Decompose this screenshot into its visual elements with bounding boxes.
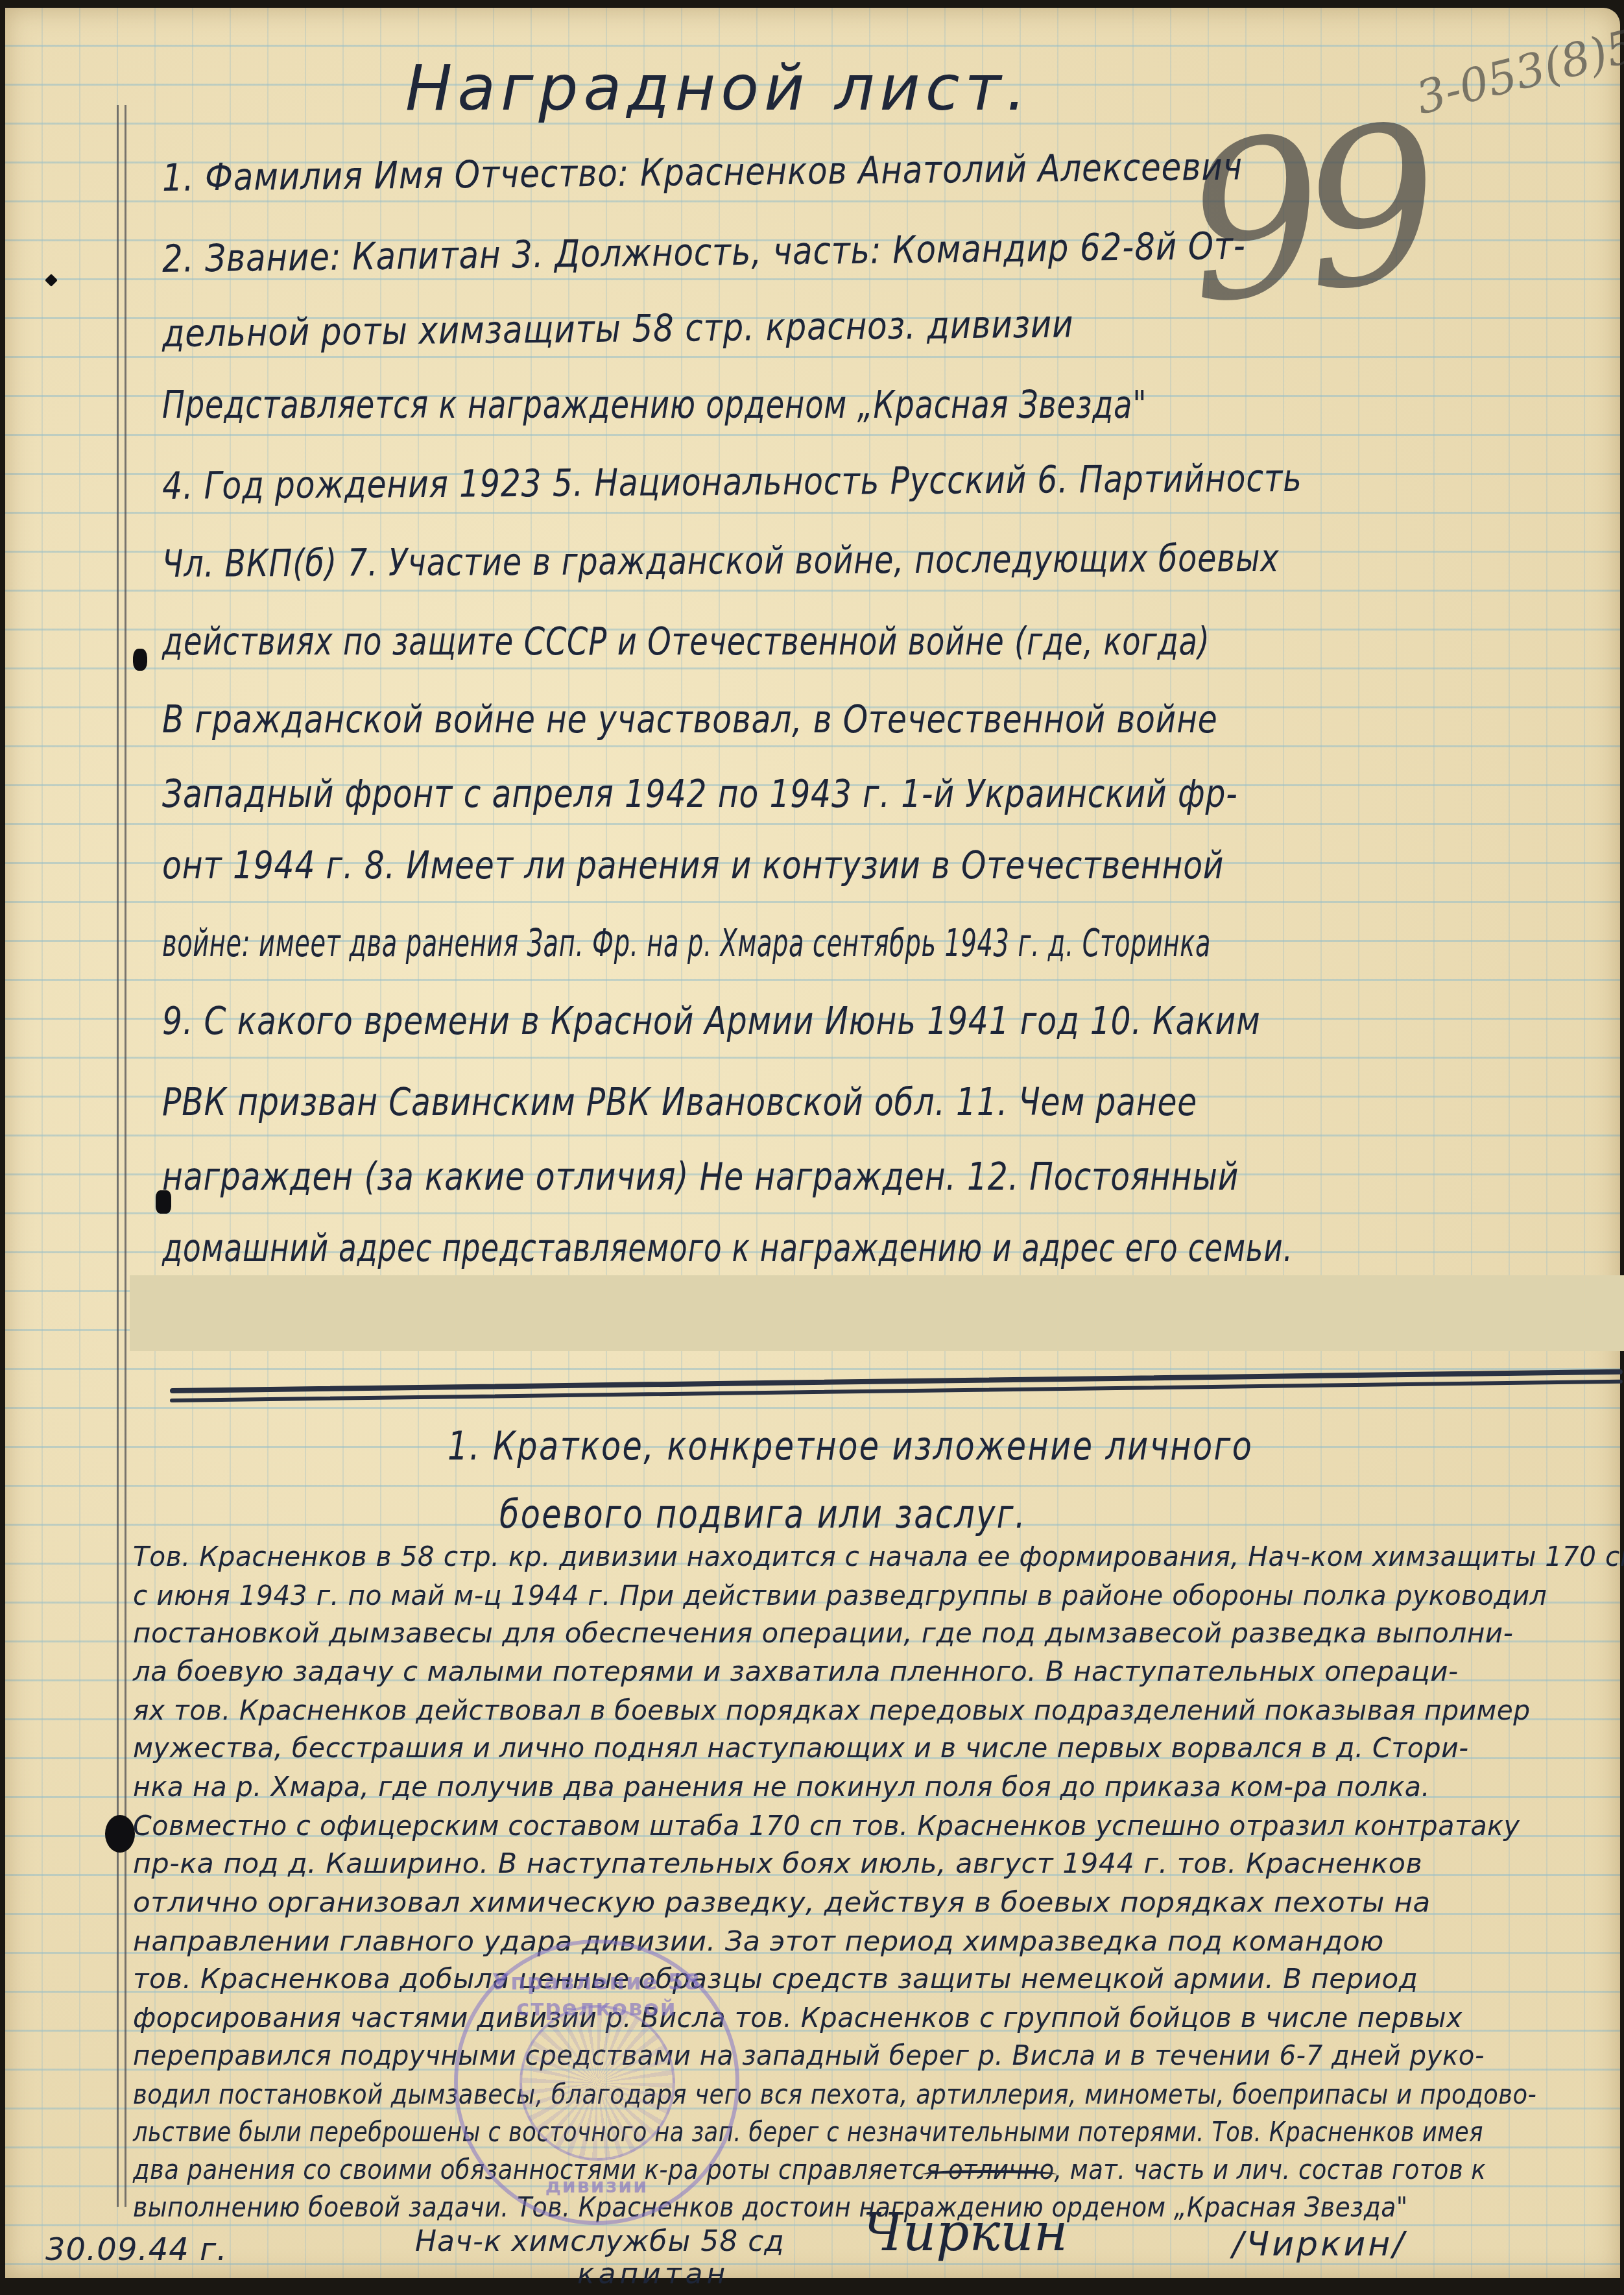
form-line-drafted: РВК призван Савинским РВК Ивановской обл… (162, 1080, 1197, 1124)
division-stamp: Управление 58 стрелковой дивизии (454, 1940, 739, 2225)
signature: Чиркин (863, 2202, 1068, 2263)
narrative-line: форсирования частями дивизии р. Висла то… (133, 2002, 1463, 2034)
narrative-line: переправился подручными средствами на за… (133, 2039, 1485, 2071)
form-line-participation: действиях по защите СССР и Отечественной… (162, 619, 1210, 664)
narrative-line: тов. Красненкова добыла ценные образцы с… (133, 1963, 1418, 1995)
form-line-civil-war: В гражданской войне не участвовал, в Оте… (162, 697, 1218, 741)
signer-name: /Чиркин/ (1232, 2225, 1407, 2264)
narrative-line: постановкой дымзавесы для обеспечения оп… (133, 1617, 1513, 1649)
redacted-address-block (130, 1275, 1624, 1351)
form-line-wounds: онт 1944 г. 8. Имеет ли ранения и контуз… (162, 843, 1224, 887)
narrative-line: ях тов. Красненков действовал в боевых п… (133, 1694, 1531, 1726)
narrative-line: пр-ка под д. Каширино. В наступательных … (133, 1847, 1422, 1879)
narrative-line: Тов. Красненков в 58 стр. кр. дивизии на… (133, 1541, 1624, 1572)
section-heading-line2: боевого подвига или заслуг. (499, 1492, 1027, 1537)
form-line-western-front: Западный фронт с апреля 1942 по 1943 г. … (162, 772, 1238, 816)
narrative-line: Совместно с офицерским составом штаба 17… (133, 1810, 1520, 1842)
stamp-top-text: Управление 58 стрелковой (458, 1969, 735, 2021)
form-line-wounds-detail: войне: имеет два ранения Зап. Фр. на р. … (162, 921, 1211, 965)
form-line-home-address: домашний адрес представляемого к награжд… (162, 1226, 1293, 1270)
narrative-line: два ранения со своими обязанностями к-ра… (133, 2154, 1486, 2185)
document-title: Наградной лист. (405, 52, 1031, 125)
section-heading-line1: 1. Краткое, конкретное изложение личного (448, 1424, 1253, 1469)
narrative-line: мужества, бесстрашия и лично поднял наст… (133, 1732, 1469, 1764)
stamp-emblem (519, 2005, 675, 2161)
form-line-previous-awards: награжден (за какие отличия) Не награжде… (162, 1155, 1239, 1199)
signer-title: Нач-к химслужбы 58 сд (415, 2225, 785, 2258)
hole-punch (105, 1815, 135, 1853)
margin-line-2 (125, 105, 126, 2207)
stamp-bottom-text: дивизии (458, 2175, 735, 2198)
form-line-recommended-award: Представляется к награждению орденом „Кр… (162, 383, 1147, 427)
narrative-line: ла боевую задачу с малыми потерями и зах… (133, 1655, 1459, 1687)
ink-blot (133, 649, 147, 671)
narrative-line: с июня 1943 г. по май м-ц 1944 г. При де… (133, 1580, 1547, 1611)
pencil-large-mark: 99 (1175, 79, 1433, 352)
form-line-army-since: 9. С какого времени в Красной Армии Июнь… (162, 999, 1261, 1043)
form-line-birth-year: 4. Год рождения 1923 5. Национальность Р… (162, 456, 1302, 508)
document-date: 30.09.44 г. (45, 2231, 227, 2268)
narrative-line: водил постановкой дымзавесы, благодаря ч… (133, 2078, 1536, 2110)
form-line-party: Чл. ВКП(б) 7. Участие в гражданской войн… (162, 536, 1280, 586)
signature-flourish (921, 2170, 1057, 2180)
ink-blot (156, 1190, 171, 1214)
narrative-line: выполнению боевой задачи. Тов. Красненко… (133, 2191, 1408, 2223)
narrative-line: нка на р. Хмара, где получив два ранения… (133, 1771, 1430, 1803)
signer-rank: капитан (577, 2257, 729, 2290)
narrative-line: отлично организовал химическую разведку,… (133, 1886, 1431, 1918)
narrative-line: направлении главного удара дивизии. За э… (133, 1925, 1384, 1957)
margin-line-1 (117, 105, 119, 2207)
narrative-line: льствие были переброшены с восточного на… (133, 2116, 1483, 2148)
